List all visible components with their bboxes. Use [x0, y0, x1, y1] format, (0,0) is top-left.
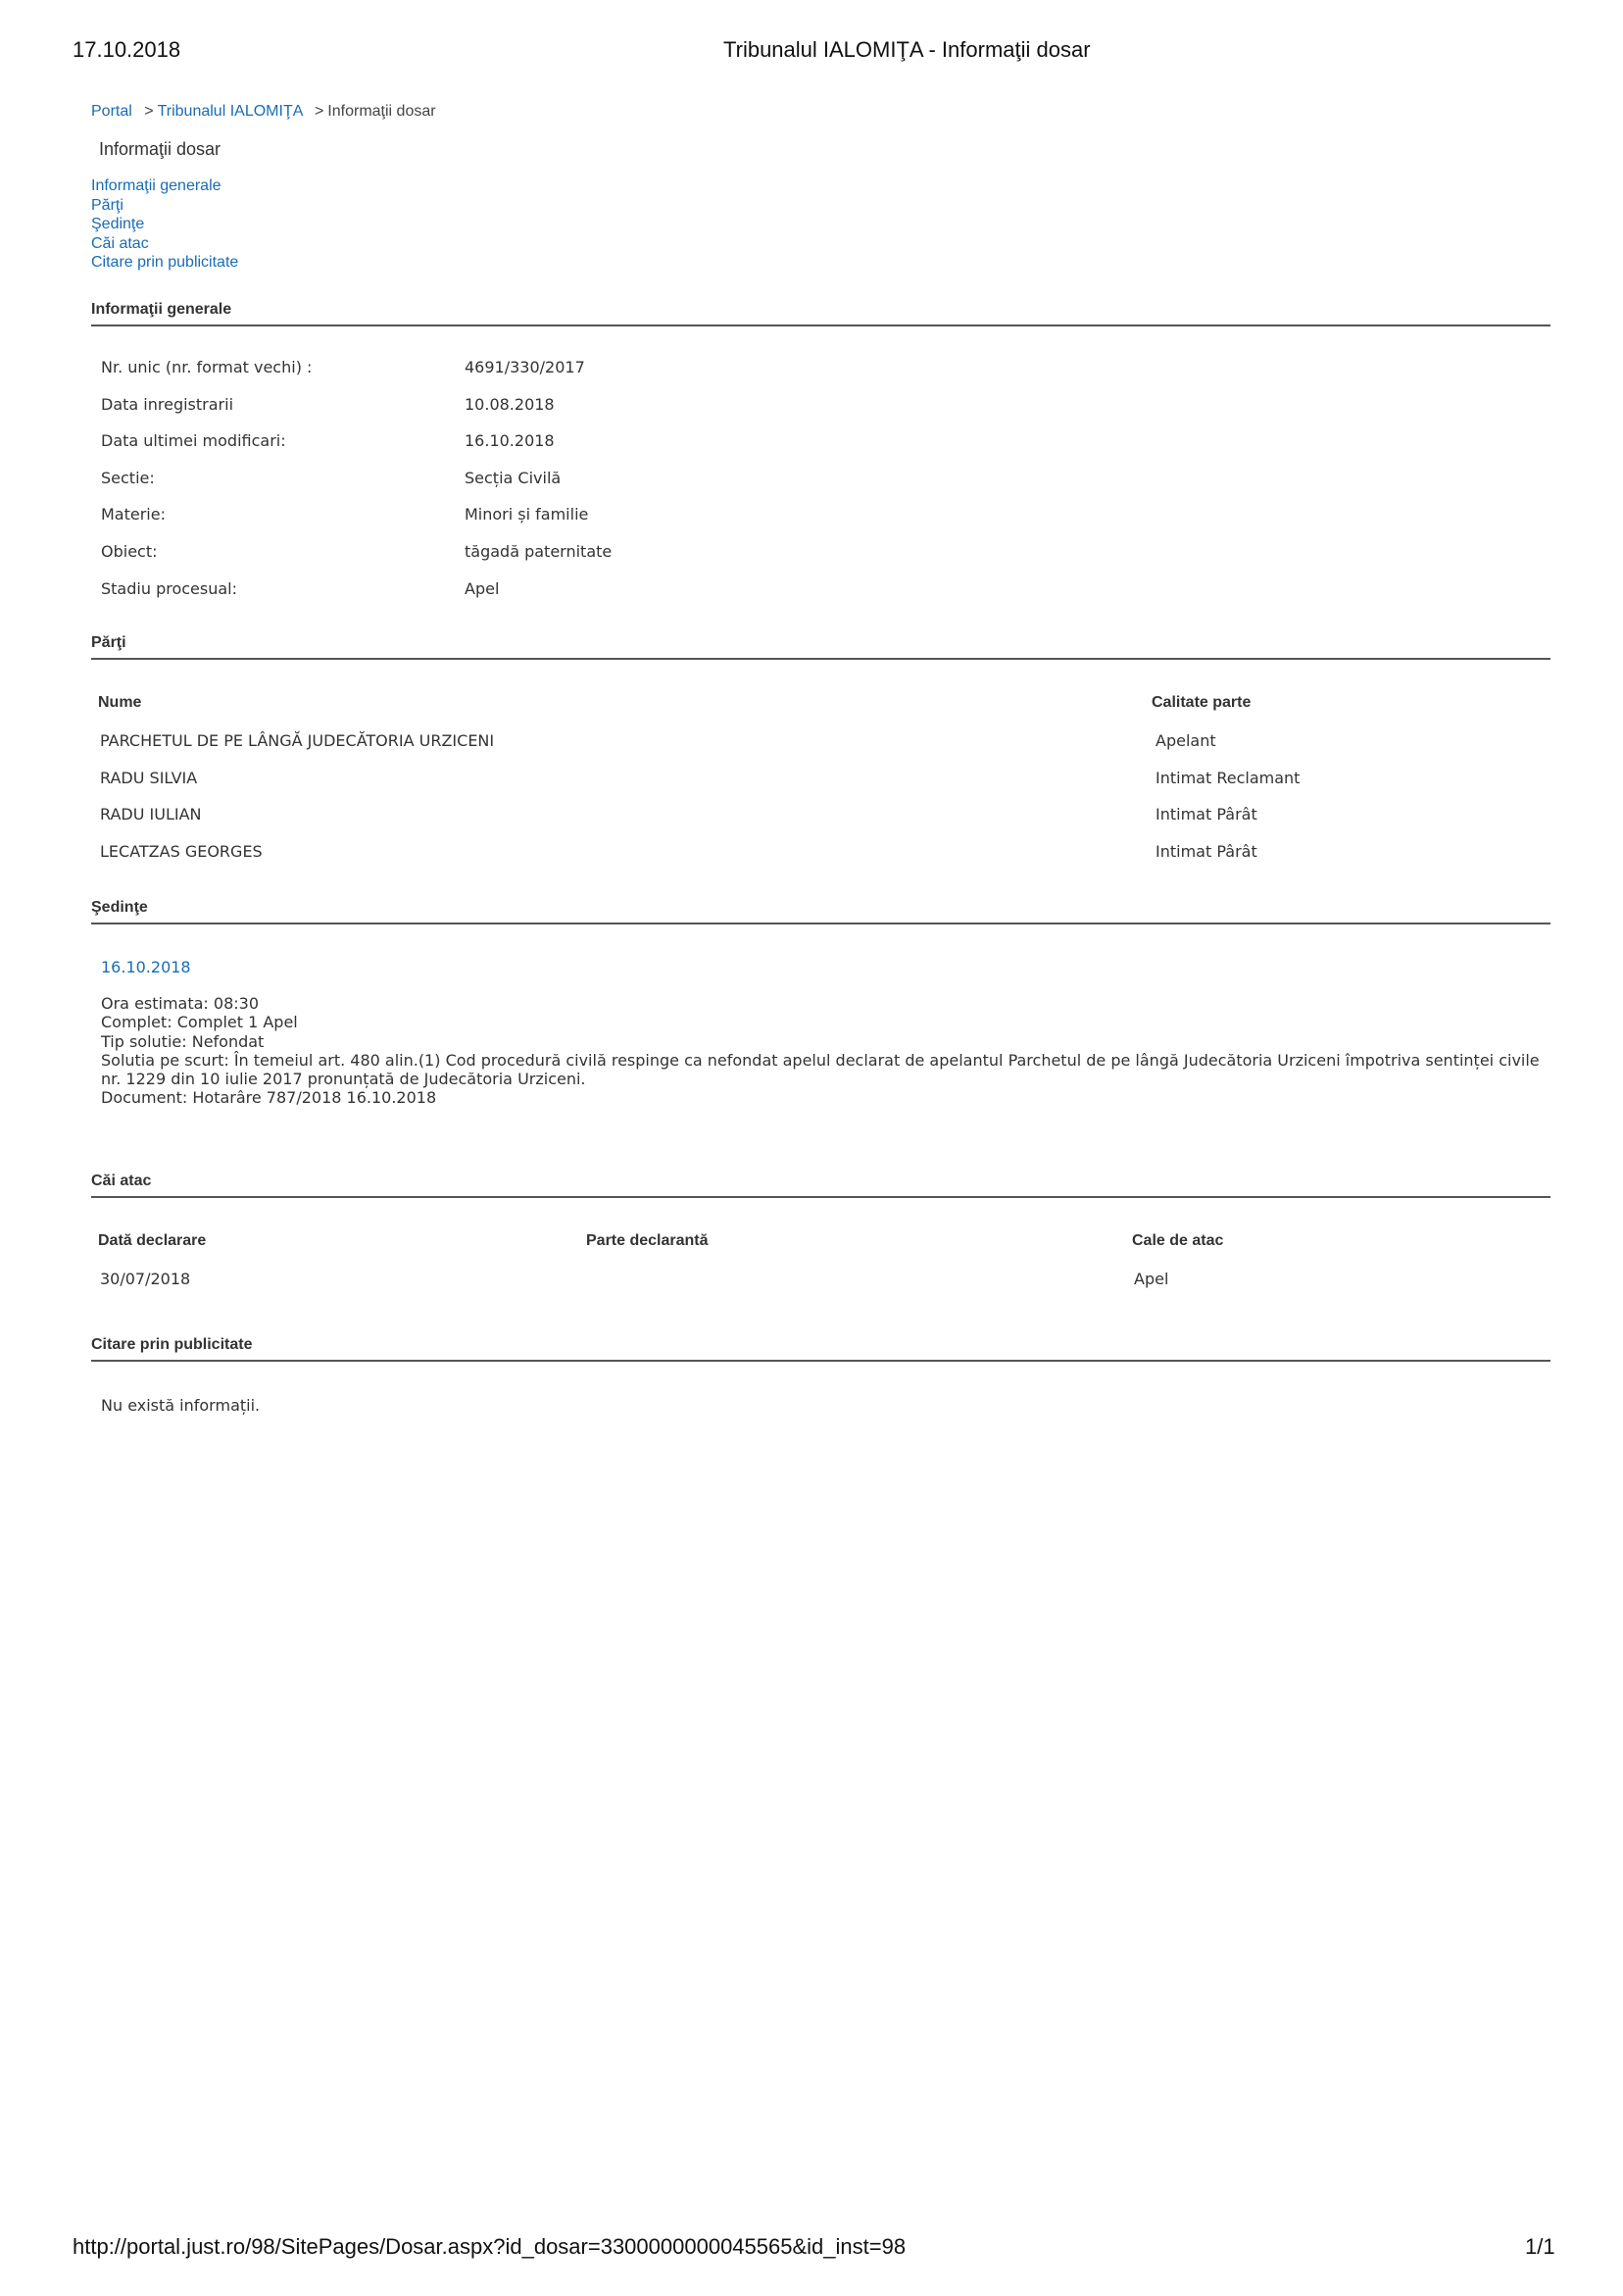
info-row: Materie:Minori și familie: [101, 505, 1550, 542]
info-label: Data ultimei modificari:: [101, 431, 465, 450]
print-date: 17.10.2018: [73, 37, 180, 63]
nav-link-citare[interactable]: Citare prin publicitate: [91, 253, 1550, 273]
section-citare: Citare prin publicitate Nu există inform…: [91, 1336, 1550, 1415]
nav-link-cai-atac[interactable]: Căi atac: [91, 234, 1550, 254]
declaring-party: [586, 1270, 1132, 1288]
info-label: Stadiu procesual:: [101, 579, 465, 598]
column-header-nume: Nume: [91, 694, 1152, 731]
party-name: LECATZAS GEORGES: [91, 842, 1154, 879]
info-row: Stadiu procesual:Apel: [101, 579, 1550, 617]
info-value: 16.10.2018: [465, 431, 555, 450]
appeal-type: Apel: [1132, 1270, 1168, 1288]
breadcrumb-tribunal[interactable]: Tribunalul IALOMIŢA: [158, 103, 303, 120]
info-value: tăgadă paternitate: [465, 542, 612, 561]
party-name: RADU IULIAN: [91, 805, 1154, 842]
hearing-solution-type: Tip solutie: Nefondat: [101, 1032, 1542, 1051]
info-label: Obiect:: [101, 542, 465, 561]
breadcrumb-portal[interactable]: Portal: [91, 103, 132, 120]
section-informatii-generale: Informaţii generale Nr. unic (nr. format…: [91, 301, 1550, 616]
section-title: Căi atac: [91, 1173, 1550, 1198]
hearing-details: Ora estimata: 08:30 Complet: Complet 1 A…: [101, 994, 1542, 1108]
nav-link-parti[interactable]: Părţi: [91, 196, 1550, 216]
section-cai-atac: Căi atac Dată declarare Parte declarantă…: [91, 1173, 1550, 1288]
info-row: Data inregistrarii10.08.2018: [101, 395, 1550, 432]
section-title: Citare prin publicitate: [91, 1336, 1550, 1362]
info-label: Data inregistrarii: [101, 395, 465, 414]
info-row: Obiect:tăgadă paternitate: [101, 542, 1550, 579]
info-value: 10.08.2018: [465, 395, 555, 414]
info-value: Minori și familie: [465, 505, 588, 524]
page-content: Portal >Tribunalul IALOMIŢA >Informaţii …: [91, 103, 1550, 273]
column-header-cale: Cale de atac: [1132, 1232, 1223, 1270]
party-role: Apelant: [1154, 731, 1216, 769]
column-header-parte: Parte declarantă: [586, 1232, 1132, 1270]
print-header: 17.10.2018 Tribunalul IALOMIŢA - Informa…: [0, 37, 1623, 67]
page-number: 1/1: [1525, 2234, 1555, 2260]
table-header: Nume Calitate parte: [91, 694, 1550, 731]
breadcrumb-current: Informaţii dosar: [327, 103, 435, 120]
breadcrumb-separator: >: [144, 103, 153, 120]
hearing-time: Ora estimata: 08:30: [101, 994, 1542, 1013]
party-name: PARCHETUL DE PE LÂNGĂ JUDECĂTORIA URZICE…: [91, 731, 1154, 769]
column-header-calitate: Calitate parte: [1152, 694, 1251, 731]
section-nav: Informaţii generale Părţi Şedinţe Căi at…: [91, 176, 1550, 273]
print-title: Tribunalul IALOMIŢA - Informaţii dosar: [723, 37, 1091, 63]
table-row: LECATZAS GEORGESIntimat Pârât: [91, 842, 1550, 879]
section-parti: Părţi Nume Calitate parte PARCHETUL DE P…: [91, 634, 1550, 878]
info-value: 4691/330/2017: [465, 358, 585, 376]
breadcrumb: Portal >Tribunalul IALOMIŢA >Informaţii …: [91, 103, 1550, 125]
hearing-date-link[interactable]: 16.10.2018: [101, 958, 191, 976]
print-url: http://portal.just.ro/98/SitePages/Dosar…: [73, 2234, 906, 2260]
table-row: PARCHETUL DE PE LÂNGĂ JUDECĂTORIA URZICE…: [91, 731, 1550, 769]
info-label: Materie:: [101, 505, 465, 524]
section-title: Informaţii generale: [91, 301, 1550, 326]
party-name: RADU SILVIA: [91, 769, 1154, 806]
nav-link-sedinte[interactable]: Şedinţe: [91, 215, 1550, 234]
info-label: Nr. unic (nr. format vechi) :: [101, 358, 465, 376]
info-row: Nr. unic (nr. format vechi) :4691/330/20…: [101, 358, 1550, 395]
table-header: Dată declarare Parte declarantă Cale de …: [91, 1232, 1550, 1270]
table-row: RADU IULIANIntimat Pârât: [91, 805, 1550, 842]
info-value: Apel: [465, 579, 499, 598]
table-row: 30/07/2018 Apel: [91, 1270, 1550, 1288]
info-value: Secția Civilă: [465, 469, 561, 487]
party-role: Intimat Pârât: [1154, 805, 1257, 842]
party-role: Intimat Pârât: [1154, 842, 1257, 879]
table-row: RADU SILVIAIntimat Reclamant: [91, 769, 1550, 806]
breadcrumb-separator: >: [315, 103, 323, 120]
section-sedinte: Şedinţe 16.10.2018 Ora estimata: 08:30 C…: [91, 899, 1550, 1108]
hearing-solution-summary: Solutia pe scurt: În temeiul art. 480 al…: [101, 1051, 1542, 1089]
empty-message: Nu există informații.: [101, 1396, 1550, 1415]
column-header-data: Dată declarare: [91, 1232, 586, 1270]
page-title: Informaţii dosar: [99, 139, 1550, 163]
general-info-table: Nr. unic (nr. format vechi) :4691/330/20…: [101, 358, 1550, 616]
nav-link-informatii-generale[interactable]: Informaţii generale: [91, 176, 1550, 196]
hearing-panel: Complet: Complet 1 Apel: [101, 1013, 1542, 1031]
declaration-date: 30/07/2018: [91, 1270, 586, 1288]
section-title: Părţi: [91, 634, 1550, 660]
party-role: Intimat Reclamant: [1154, 769, 1300, 806]
info-row: Data ultimei modificari:16.10.2018: [101, 431, 1550, 469]
section-title: Şedinţe: [91, 899, 1550, 924]
info-row: Sectie:Secția Civilă: [101, 469, 1550, 506]
hearing-document: Document: Hotarâre 787/2018 16.10.2018: [101, 1088, 1542, 1107]
info-label: Sectie:: [101, 469, 465, 487]
